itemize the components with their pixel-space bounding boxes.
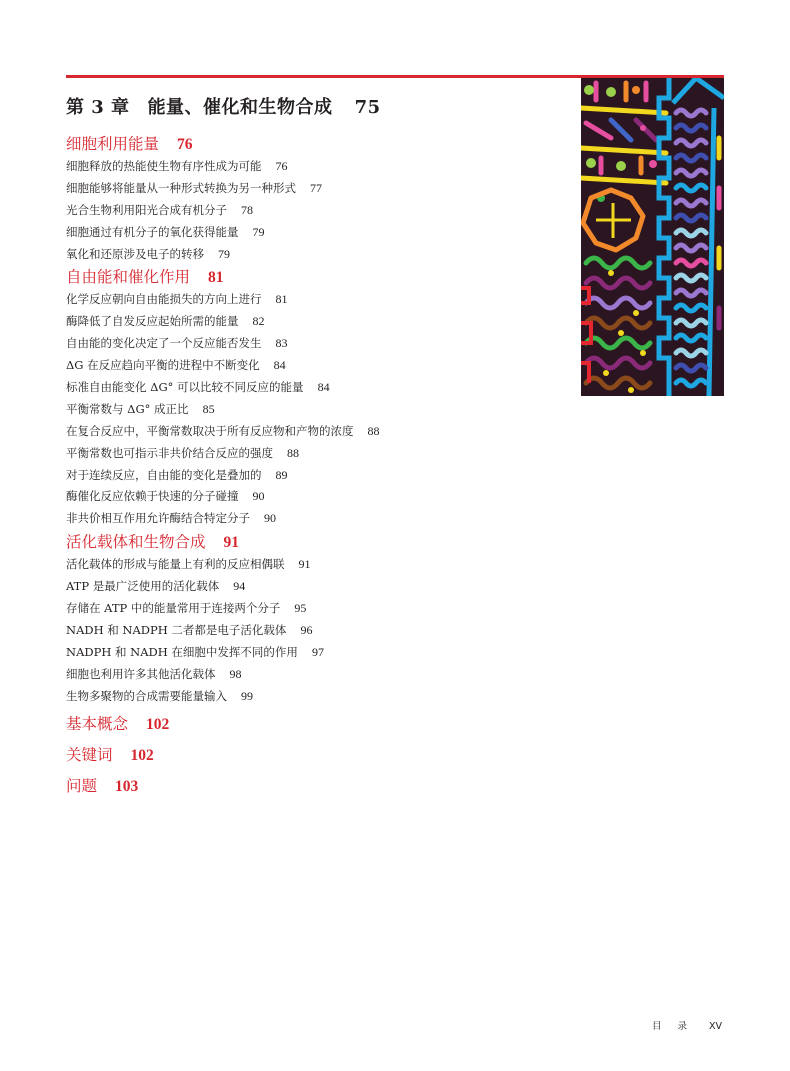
entry-page: 88 [287, 446, 299, 460]
entry-title: 非共价相互作用允许酶结合特定分子 [66, 511, 250, 525]
entry-title: 标准自由能变化 ΔG° 可以比较不同反应的能量 [66, 380, 304, 394]
chapter-cover-image [581, 78, 724, 396]
entry-page: 81 [276, 292, 288, 306]
entry-title: ATP 是最广泛使用的活化载体 [66, 579, 219, 593]
toc-entry[interactable]: ATP 是最广泛使用的活化载体94 [66, 576, 566, 598]
entry-page: 78 [241, 203, 253, 217]
toc-section-heading[interactable]: 细胞利用能量76 [66, 132, 566, 156]
entry-page: 96 [300, 623, 312, 637]
section-page: 81 [208, 269, 224, 286]
entry-page: 82 [253, 314, 265, 328]
entry-title: 细胞通过有机分子的氧化获得能量 [66, 225, 239, 239]
section-title: 细胞利用能量 [66, 135, 159, 153]
entry-page: 98 [230, 667, 242, 681]
entry-title: 氧化和还原涉及电子的转移 [66, 247, 204, 261]
entry-title: ΔG 在反应趋向平衡的进程中不断变化 [66, 358, 260, 372]
toc-section-questions[interactable]: 问题103 [66, 771, 566, 802]
entry-title: 活化载体的形成与能量上有利的反应相偶联 [66, 557, 285, 571]
toc-entry[interactable]: NADH 和 NADPH 二者都是电子活化载体96 [66, 620, 566, 642]
section-page: 91 [224, 534, 240, 551]
toc-entry[interactable]: 光合生物利用阳光合成有机分子78 [66, 200, 566, 222]
toc-entry[interactable]: 酶催化反应依赖于快速的分子碰撞90 [66, 486, 566, 508]
table-of-contents: 细胞利用能量76 细胞释放的热能使生物有序性成为可能76 细胞能够将能量从一种形… [66, 132, 566, 802]
entry-title: 平衡常数也可指示非共价结合反应的强度 [66, 446, 273, 460]
toc-entry[interactable]: 非共价相互作用允许酶结合特定分子90 [66, 508, 566, 530]
entry-title: 细胞也利用许多其他活化载体 [66, 667, 216, 681]
entry-title: 酶降低了自发反应起始所需的能量 [66, 314, 239, 328]
entry-title: 生物多聚物的合成需要能量输入 [66, 689, 227, 703]
toc-entry[interactable]: 细胞也利用许多其他活化载体98 [66, 664, 566, 686]
entry-page: 88 [368, 424, 380, 438]
toc-section-heading[interactable]: 自由能和催化作用81 [66, 265, 566, 289]
entry-title: NADH 和 NADPH 二者都是电子活化载体 [66, 623, 286, 637]
footer-label-1: 目 [652, 1021, 662, 1032]
entry-page: 99 [241, 689, 253, 703]
entry-title: 酶催化反应依赖于快速的分子碰撞 [66, 489, 239, 503]
section-page: 102 [131, 747, 154, 764]
entry-page: 84 [318, 380, 330, 394]
section-title: 问题 [66, 777, 97, 795]
toc-entry[interactable]: 存储在 ATP 中的能量常用于连接两个分子95 [66, 598, 566, 620]
entry-title: 平衡常数与 ΔG° 成正比 [66, 402, 189, 416]
page-footer: 目录XV [652, 1018, 722, 1032]
entry-title: 光合生物利用阳光合成有机分子 [66, 203, 227, 217]
section-page: 103 [115, 778, 138, 795]
toc-entry[interactable]: 自由能的变化决定了一个反应能否发生83 [66, 333, 566, 355]
toc-section-heading[interactable]: 活化载体和生物合成91 [66, 530, 566, 554]
chapter-title: 能量、催化和生物合成 [148, 97, 333, 118]
toc-entry[interactable]: NADPH 和 NADH 在细胞中发挥不同的作用97 [66, 642, 566, 664]
entry-title: 存储在 ATP 中的能量常用于连接两个分子 [66, 601, 280, 615]
entry-title: 细胞能够将能量从一种形式转换为另一种形式 [66, 181, 296, 195]
section-title: 关键词 [66, 746, 113, 764]
entry-page: 94 [233, 579, 245, 593]
section-page: 102 [146, 716, 169, 733]
entry-page: 97 [312, 645, 324, 659]
section-title: 基本概念 [66, 715, 128, 733]
toc-entry[interactable]: 氧化和还原涉及电子的转移79 [66, 244, 566, 266]
entry-title: 化学反应朝向自由能损失的方向上进行 [66, 292, 262, 306]
toc-section-key-terms[interactable]: 关键词102 [66, 740, 566, 771]
entry-title: 对于连续反应，自由能的变化是叠加的 [66, 468, 262, 482]
footer-page-number: XV [709, 1021, 722, 1032]
entry-page: 79 [253, 225, 265, 239]
entry-title: 自由能的变化决定了一个反应能否发生 [66, 336, 262, 350]
toc-entry[interactable]: 化学反应朝向自由能损失的方向上进行81 [66, 289, 566, 311]
toc-entry[interactable]: 细胞能够将能量从一种形式转换为另一种形式77 [66, 178, 566, 200]
toc-entry[interactable]: 生物多聚物的合成需要能量输入99 [66, 686, 566, 708]
footer-label-2: 录 [678, 1021, 688, 1032]
toc-entry[interactable]: 细胞通过有机分子的氧化获得能量79 [66, 222, 566, 244]
entry-page: 85 [203, 402, 215, 416]
section-page: 76 [177, 136, 193, 153]
chapter-page: 75 [355, 97, 381, 118]
toc-entry[interactable]: 标准自由能变化 ΔG° 可以比较不同反应的能量84 [66, 377, 566, 399]
entry-page: 77 [310, 181, 322, 195]
section-title: 自由能和催化作用 [66, 268, 190, 286]
entry-page: 90 [264, 511, 276, 525]
toc-entry[interactable]: 细胞释放的热能使生物有序性成为可能76 [66, 156, 566, 178]
toc-entry[interactable]: 酶降低了自发反应起始所需的能量82 [66, 311, 566, 333]
toc-entry[interactable]: 平衡常数也可指示非共价结合反应的强度88 [66, 443, 566, 465]
entry-title: 在复合反应中，平衡常数取决于所有反应物和产物的浓度 [66, 424, 354, 438]
entry-page: 83 [276, 336, 288, 350]
section-title: 活化载体和生物合成 [66, 533, 206, 551]
entry-title: 细胞释放的热能使生物有序性成为可能 [66, 159, 262, 173]
entry-page: 89 [276, 468, 288, 482]
entry-page: 91 [299, 557, 311, 571]
entry-page: 84 [274, 358, 286, 372]
toc-entry[interactable]: 活化载体的形成与能量上有利的反应相偶联91 [66, 554, 566, 576]
chapter-heading: 第 3 章能量、催化和生物合成75 [66, 93, 381, 119]
entry-title: NADPH 和 NADH 在细胞中发挥不同的作用 [66, 645, 298, 659]
entry-page: 76 [276, 159, 288, 173]
toc-entry[interactable]: ΔG 在反应趋向平衡的进程中不断变化84 [66, 355, 566, 377]
entry-page: 79 [218, 247, 230, 261]
chapter-label: 第 3 章 [66, 97, 130, 118]
toc-entry[interactable]: 对于连续反应，自由能的变化是叠加的89 [66, 465, 566, 487]
entry-page: 90 [253, 489, 265, 503]
entry-page: 95 [294, 601, 306, 615]
toc-entry[interactable]: 平衡常数与 ΔG° 成正比85 [66, 399, 566, 421]
toc-entry[interactable]: 在复合反应中，平衡常数取决于所有反应物和产物的浓度88 [66, 421, 566, 443]
toc-section-key-concepts[interactable]: 基本概念102 [66, 709, 566, 740]
